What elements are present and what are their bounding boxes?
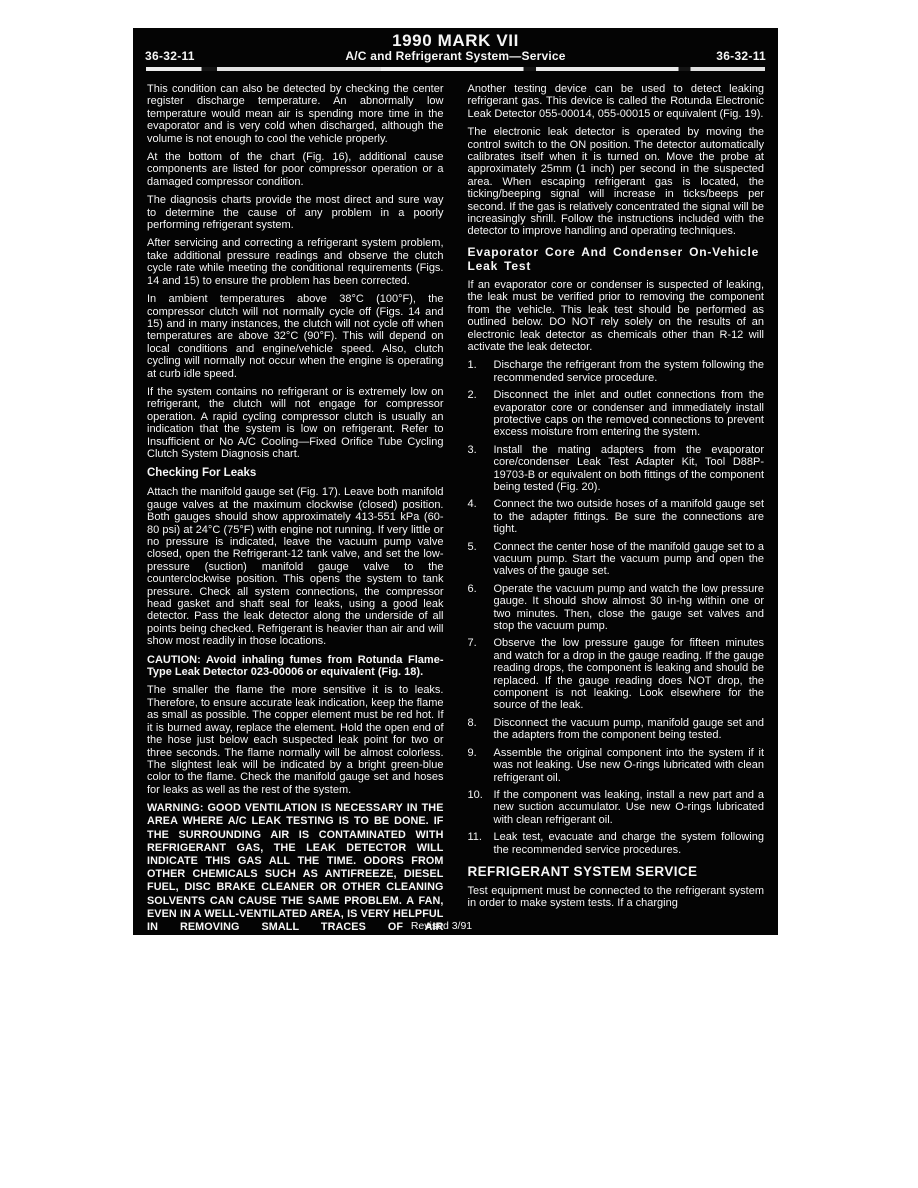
paragraph: If an evaporator core or condenser is su…	[468, 279, 765, 353]
list-item: 4. Connect the two outside hoses of a ma…	[468, 498, 765, 535]
page-number-right: 36-32-11	[666, 50, 766, 63]
list-item-number: 10.	[468, 789, 494, 826]
list-item-number: 8.	[468, 717, 494, 742]
list-item: 7. Observe the low pressure gauge for fi…	[468, 637, 765, 711]
list-item-text: Connect the two outside hoses of a manif…	[494, 498, 765, 535]
list-item-text: Observe the low pressure gauge for fifte…	[494, 637, 765, 711]
right-column: Another testing device can be used to de…	[468, 83, 765, 935]
page-title: 1990 MARK VII	[145, 32, 766, 49]
caution-text: CAUTION: Avoid inhaling fumes from Rotun…	[147, 654, 444, 679]
paragraph: In ambient temperatures above 38°C (100°…	[147, 293, 444, 380]
list-item-text: Disconnect the inlet and outlet connecti…	[494, 389, 765, 439]
paragraph: At the bottom of the chart (Fig. 16), ad…	[147, 151, 444, 188]
list-item-number: 4.	[468, 498, 494, 535]
revision-note: Revised 3/91	[133, 921, 750, 932]
list-item-text: Assemble the original component into the…	[494, 747, 765, 784]
header-subrow: 36-32-11 A/C and Refrigerant System—Serv…	[145, 50, 766, 63]
list-item: 3. Install the mating adapters from the …	[468, 444, 765, 494]
paragraph: Another testing device can be used to de…	[468, 83, 765, 120]
list-item-number: 6.	[468, 583, 494, 633]
list-item-text: Disconnect the vacuum pump, manifold gau…	[494, 717, 765, 742]
list-item: 2. Disconnect the inlet and outlet conne…	[468, 389, 765, 439]
section-heading-evaporator-leak-test: Evaporator Core And Condenser On-Vehicle…	[468, 245, 765, 273]
list-item-number: 1.	[468, 359, 494, 384]
section-heading-refrigerant-system-service: REFRIGERANT SYSTEM SERVICE	[468, 864, 765, 879]
paragraph: This condition can also be detected by c…	[147, 83, 444, 145]
left-column: This condition can also be detected by c…	[147, 83, 444, 935]
list-item-number: 2.	[468, 389, 494, 439]
section-heading-checking-for-leaks: Checking For Leaks	[147, 467, 444, 480]
list-item: 11. Leak test, evacuate and charge the s…	[468, 831, 765, 856]
paragraph: If the system contains no refrigerant or…	[147, 386, 444, 460]
paragraph: The diagnosis charts provide the most di…	[147, 194, 444, 231]
list-item-number: 3.	[468, 444, 494, 494]
list-item-text: If the component was leaking, install a …	[494, 789, 765, 826]
scanned-manual-page: 1990 MARK VII 36-32-11 A/C and Refrigera…	[133, 28, 778, 935]
list-item-number: 11.	[468, 831, 494, 856]
list-item-number: 7.	[468, 637, 494, 711]
list-item: 9. Assemble the original component into …	[468, 747, 765, 784]
list-item: 1. Discharge the refrigerant from the sy…	[468, 359, 765, 384]
list-item-number: 5.	[468, 541, 494, 578]
paragraph: The smaller the flame the more sensitive…	[147, 684, 444, 796]
list-item-number: 9.	[468, 747, 494, 784]
numbered-step-list: 1. Discharge the refrigerant from the sy…	[468, 359, 765, 856]
list-item: 10. If the component was leaking, instal…	[468, 789, 765, 826]
list-item: 6. Operate the vacuum pump and watch the…	[468, 583, 765, 633]
paragraph: The electronic leak detector is operated…	[468, 126, 765, 238]
list-item-text: Operate the vacuum pump and watch the lo…	[494, 583, 765, 633]
list-item-text: Discharge the refrigerant from the syste…	[494, 359, 765, 384]
list-item: 5. Connect the center hose of the manifo…	[468, 541, 765, 578]
page-subtitle: A/C and Refrigerant System—Service	[245, 50, 666, 63]
list-item-text: Leak test, evacuate and charge the syste…	[494, 831, 765, 856]
list-item: 8. Disconnect the vacuum pump, manifold …	[468, 717, 765, 742]
page-header: 1990 MARK VII 36-32-11 A/C and Refrigera…	[133, 28, 778, 71]
list-item-text: Install the mating adapters from the eva…	[494, 444, 765, 494]
warning-text: WARNING: GOOD VENTILATION IS NECESSARY I…	[147, 802, 444, 935]
page-number-left: 36-32-11	[145, 50, 245, 63]
paragraph: Attach the manifold gauge set (Fig. 17).…	[147, 486, 444, 647]
list-item-text: Connect the center hose of the manifold …	[494, 541, 765, 578]
paragraph: After servicing and correcting a refrige…	[147, 237, 444, 287]
two-column-body: This condition can also be detected by c…	[133, 71, 778, 935]
paragraph: Test equipment must be connected to the …	[468, 885, 765, 910]
